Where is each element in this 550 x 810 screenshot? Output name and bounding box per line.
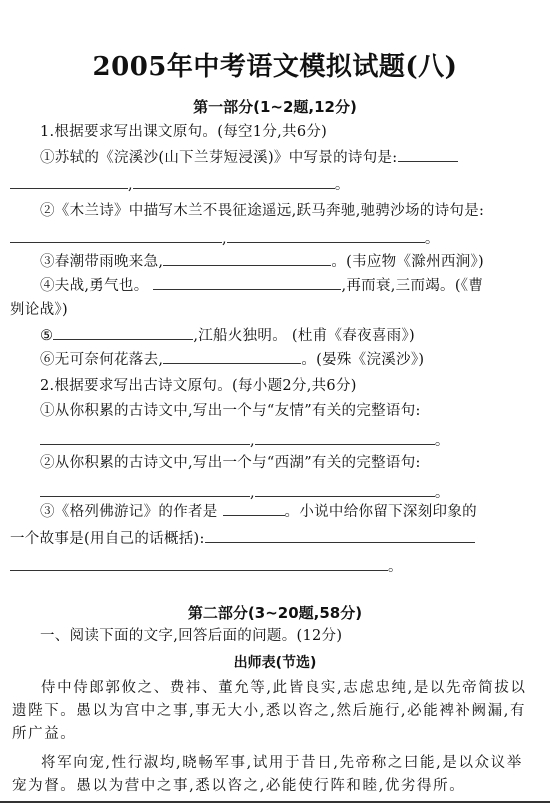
q1-item-3: ③春潮带雨晚来急,。(韦应物《滁州西涧》): [40, 253, 484, 271]
q1-item-2: ②《木兰诗》中描写木兰不畏征途遥远,跃马奔驰,驰骋沙场的诗句是:: [40, 202, 484, 220]
q1-prompt: 1.根据要求写出课文原句。(每空1分,共6分): [40, 123, 327, 141]
part2-heading: 第二部分(3~20题,58分): [0, 602, 550, 623]
answer-blank[interactable]: [40, 484, 250, 497]
page-bottom-rule: [0, 801, 550, 803]
passage-paragraph-2: 将军向宠,性行淑均,晓畅军事,试用于昔日,先帝称之曰能,是以众议举宠为督。愚以为…: [12, 752, 534, 798]
q2-item-3: ③《格列佛游记》的作者是 。小说中给你留下深刻印象的: [40, 503, 477, 521]
q2-item-2-cont: ,。: [40, 484, 450, 502]
q1-item-5: ⑤,江船火独明。 (杜甫《春夜喜雨》): [40, 327, 415, 345]
exam-title: 2005年中考语文模拟试题(八): [0, 46, 550, 83]
q1-item-4-cont: 刿论战》): [10, 301, 68, 319]
reading-section-prompt: 一、阅读下面的文字,回答后面的问题。(12分): [40, 627, 342, 645]
q2-item-1-cont: ,。: [40, 432, 450, 450]
q2-item-3-cont: 一个故事是(用自己的话概括):: [10, 530, 475, 548]
answer-blank[interactable]: [10, 230, 222, 243]
exam-page: 2005年中考语文模拟试题(八) 第一部分(1~2题,12分) 1.根据要求写出…: [0, 0, 550, 810]
q2-item-3-cont2: 。: [10, 558, 403, 576]
passage-paragraph-1: 侍中侍郎郭攸之、费祎、董允等,此皆良实,志虑忠纯,是以先帝简拔以遗陛下。愚以为宫…: [12, 677, 534, 746]
answer-blank[interactable]: [53, 327, 193, 340]
q1-item-1: ①苏轼的《浣溪沙(山下兰芽短浸溪)》中写景的诗句是:: [40, 149, 458, 167]
q1-item-2-cont: ,。: [10, 230, 440, 248]
q2-prompt: 2.根据要求写出古诗文原句。(每小题2分,共6分): [40, 377, 357, 395]
q2-item-2: ②从你积累的古诗文中,写出一个与“西湖”有关的完整语句:: [40, 454, 421, 472]
q1-item-1-cont: ,。: [10, 176, 350, 194]
answer-blank[interactable]: [223, 503, 285, 516]
passage-title: 出师表(节选): [0, 652, 550, 672]
answer-blank[interactable]: [255, 484, 435, 497]
answer-blank[interactable]: [163, 253, 331, 266]
answer-blank[interactable]: [40, 432, 250, 445]
q1-item-4: ④夫战,勇气也。 ,再而衰,三而竭。(《曹: [40, 277, 483, 295]
q1-item-1-label: ①苏轼的《浣溪沙(山下兰芽短浸溪)》中写景的诗句是:: [40, 150, 398, 166]
q2-item-1: ①从你积累的古诗文中,写出一个与“友情”有关的完整语句:: [40, 402, 421, 420]
answer-blank[interactable]: [10, 558, 388, 571]
answer-blank[interactable]: [398, 149, 458, 162]
answer-blank[interactable]: [227, 230, 425, 243]
answer-blank[interactable]: [255, 432, 435, 445]
answer-blank[interactable]: [10, 176, 128, 189]
answer-blank[interactable]: [133, 176, 335, 189]
answer-blank[interactable]: [205, 530, 475, 543]
part1-heading: 第一部分(1~2题,12分): [0, 96, 550, 117]
answer-blank[interactable]: [153, 277, 341, 290]
answer-blank[interactable]: [163, 351, 301, 364]
q1-item-6: ⑥无可奈何花落去,。(晏殊《浣溪沙》): [40, 351, 424, 369]
